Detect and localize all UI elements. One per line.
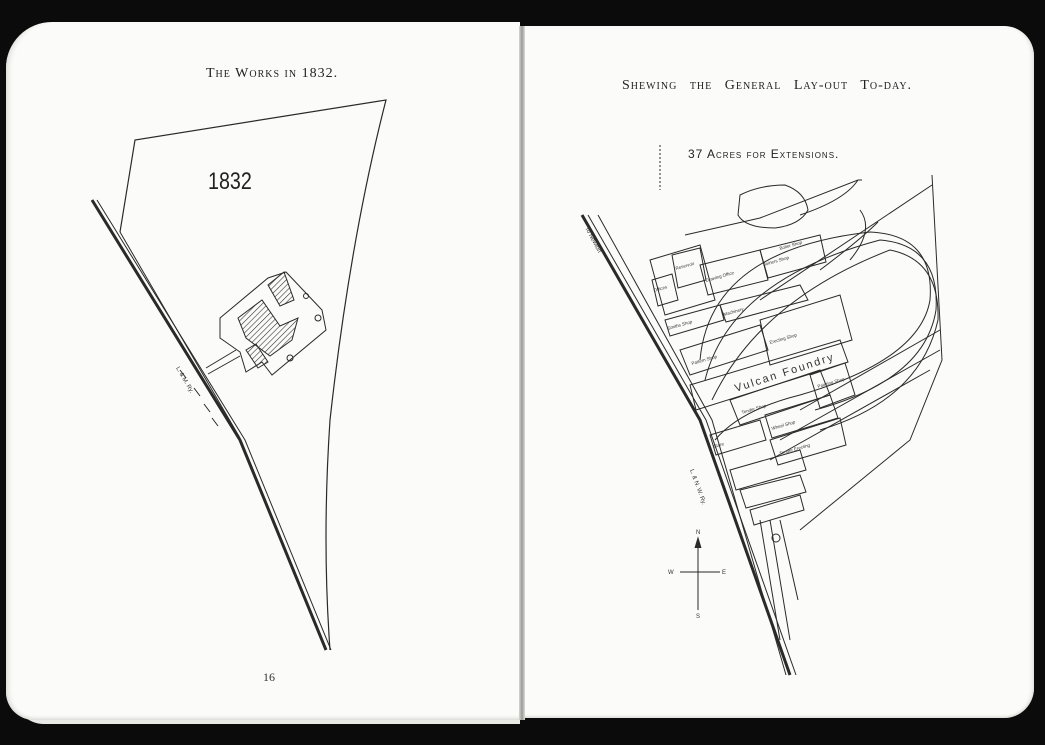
building-label: Machinery [723,306,745,317]
compass-west: W [668,570,674,576]
railway-line-1832 [92,200,326,650]
plan-present-day [582,145,942,675]
building-label: Smiths Shop [667,319,693,331]
building-label: Tender Erecting [779,442,811,456]
building-label: Wheel Shop [771,419,796,431]
compass-east: E [722,570,726,576]
building-label: Painting Shop [817,376,846,389]
works-buildings-1832 [206,272,326,375]
works-buildings-present [650,235,855,640]
building-label: Offices [653,284,668,293]
site-plans: Vulcan Foundry L. & N. W. Ry. To Newton … [0,0,1045,745]
plan-1832 [92,100,386,650]
road-label: To Newton [583,226,602,254]
building-label: Reservoir [675,261,695,271]
compass-south: S [696,614,700,620]
open-book: The Works in 1832. 1832 16 Shewing the G… [0,0,1045,745]
compass-rose [680,538,720,610]
railway-sidings [700,185,940,460]
building-label: Joiners Shop [763,255,790,267]
building-label: Erecting Shop [769,332,798,345]
building-label: Drawing Office [705,270,735,283]
site-boundary-1832 [120,100,386,650]
building-label: Pattern Shop [691,354,718,366]
compass-north: N [696,530,700,536]
building-label: Tender Shop [741,403,767,415]
reservoir [738,185,808,228]
present-railway-label: L. & N. W. Ry. [688,469,706,506]
railway-label-1832-text: L. & M. Ry. [174,366,194,395]
building-label: Store [713,441,725,449]
railway-line-present [582,215,790,675]
